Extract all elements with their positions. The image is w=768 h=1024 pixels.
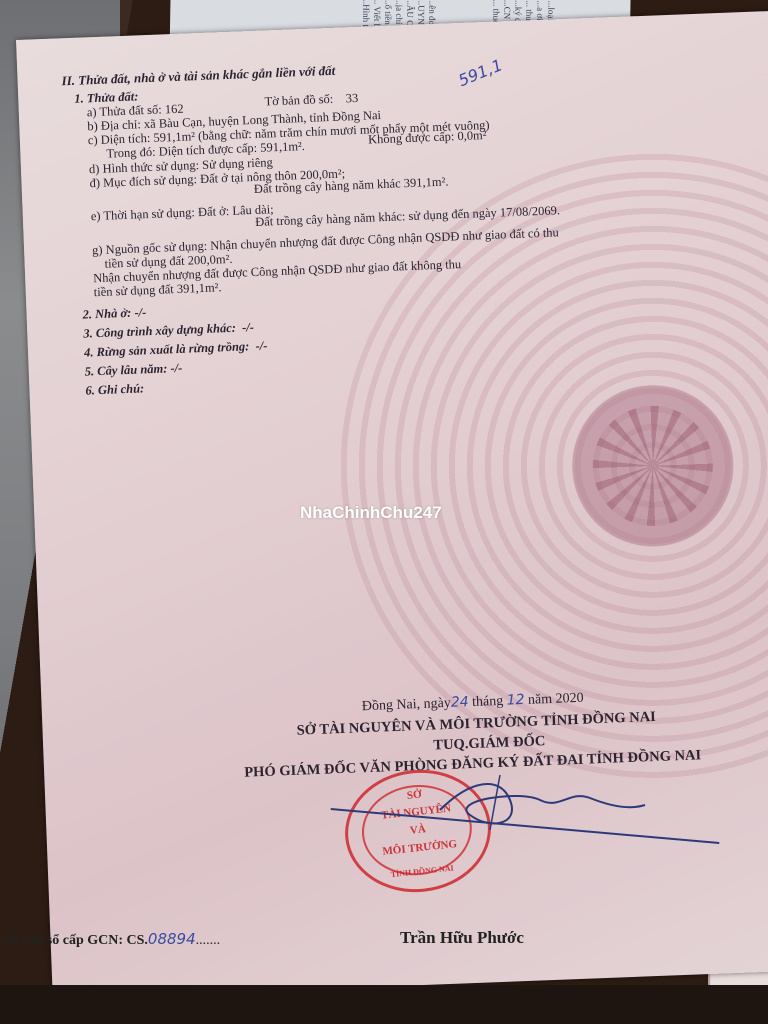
- item-house: 2. Nhà ở: -/-: [82, 305, 146, 321]
- parcel-number: 162: [165, 102, 184, 117]
- issue-day: 24: [451, 694, 469, 711]
- usage-term: e) Thời hạn sử dụng: Đất ở: Lâu dài;: [91, 202, 274, 223]
- issue-date: Đồng Nai, ngày24 tháng 12 năm 2020: [362, 691, 584, 715]
- usage-origin: g) Nguồn gốc sử dụng: Nhận chuyển nhượng…: [92, 225, 559, 257]
- section-title: II. Thửa đất, nhà ở và tài sản khác gắn …: [61, 64, 335, 89]
- on-behalf-of: TUQ.GIÁM ĐỐC: [433, 734, 545, 752]
- gcn-registry-number: Số vào sổ cấp GCN: CS.08894.......: [4, 930, 220, 949]
- item-perennial-trees: 5. Cây lâu năm: -/-: [85, 361, 183, 379]
- issuing-authority: SỞ TÀI NGUYÊN VÀ MÔI TRƯỜNG TỈNH ĐỒNG NA…: [296, 710, 656, 738]
- usage-term-2: Đất trồng cây hàng năm khác: sử dụng đến…: [255, 203, 560, 229]
- desk-bottom: [0, 985, 768, 1024]
- map-sheet-number: 33: [345, 91, 358, 105]
- issue-month: 12: [506, 692, 524, 709]
- signature: [430, 770, 650, 840]
- gcn-number: 08894: [148, 930, 196, 948]
- item-notes: 6. Ghi chú:: [85, 381, 144, 397]
- map-sheet: Tờ bản đồ số: 33: [264, 91, 358, 109]
- item-other-construction: 3. Công trình xây dựng khác: -/-: [83, 320, 254, 341]
- handwritten-area-note: 591,1: [457, 58, 505, 88]
- item-planted-forest: 4. Rừng sản xuất là rừng trồng: -/-: [84, 339, 268, 360]
- watermark: NhaChinhChu247: [300, 503, 442, 523]
- signer-name: Trần Hữu Phước: [400, 928, 524, 948]
